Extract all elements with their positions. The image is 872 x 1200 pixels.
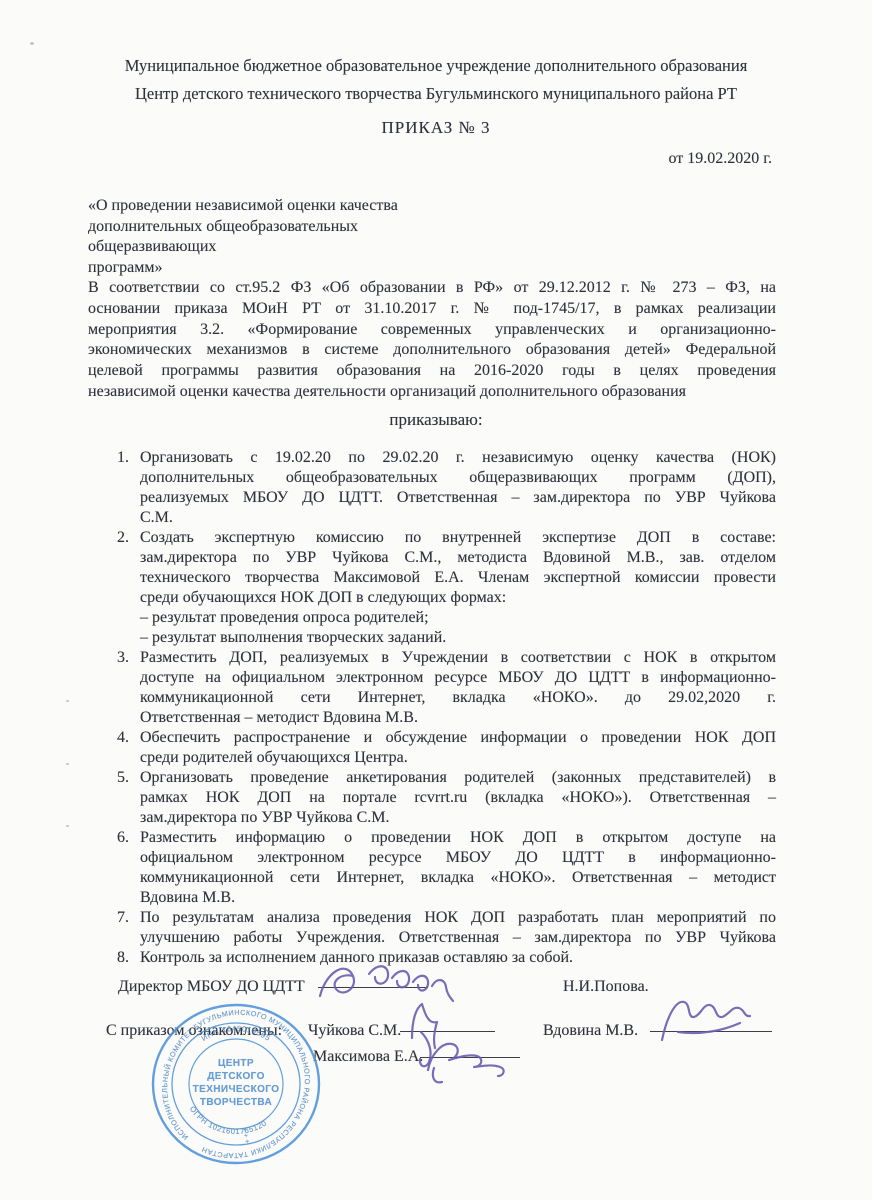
preamble-line: экономических механизмов в системе допол… bbox=[88, 340, 776, 361]
order-item-1: 1. Организовать с 19.02.20 по 29.02.20 г… bbox=[140, 448, 776, 528]
scan-speck bbox=[66, 763, 69, 765]
director-signature bbox=[320, 966, 453, 1001]
stamp-inn-text: ИНН 1645010595 bbox=[200, 1024, 273, 1043]
maksimova-signature-line bbox=[420, 1056, 520, 1058]
item-line: технического творчества Максимовой Е.А. … bbox=[140, 568, 776, 588]
preamble-line: целевой программы развития образования н… bbox=[88, 361, 776, 382]
order-item-6: 6. Разместить информацию о проведении НО… bbox=[140, 828, 776, 908]
item-number: 6. bbox=[117, 828, 129, 848]
official-stamp: ИСПОЛНИТЕЛЬНЫЙ КОМИТЕТ БУГУЛЬМИНСКОГО МУ… bbox=[148, 1002, 324, 1170]
org-name-line2: Центр детского технического творчества Б… bbox=[0, 84, 872, 104]
item-line: доступе на официальном электронном ресур… bbox=[140, 668, 776, 688]
scan-speck bbox=[66, 700, 69, 702]
chuykova-signature-line bbox=[400, 1030, 495, 1032]
item-number: 8. bbox=[117, 948, 129, 968]
item-number: 7. bbox=[117, 908, 129, 928]
stamp-center-line2: ДЕТСКОГО bbox=[207, 1071, 265, 1082]
order-item-3: 3. Разместить ДОП, реализуемых в Учрежде… bbox=[140, 648, 776, 728]
item-number: 1. bbox=[117, 448, 129, 468]
vdovina-signature-line bbox=[650, 1030, 772, 1032]
svg-text:ОГРН 1021601765120: ОГРН 1021601765120 bbox=[188, 1105, 269, 1137]
preamble-line: независимой оценки качества деятельности… bbox=[88, 382, 776, 403]
document-title: ПРИКАЗ № 3 bbox=[0, 118, 872, 138]
order-item-2: 2. Создать экспертную комиссию по внутре… bbox=[140, 528, 776, 648]
director-name: Н.И.Попова. bbox=[563, 978, 649, 996]
preamble-paragraph: В соответствии со ст.95.2 ФЗ «Об образов… bbox=[88, 278, 776, 403]
item-line: зам.директора по УВР Чуйкова С.М. bbox=[140, 808, 776, 828]
item-line: дополнительных общеобразовательных общер… bbox=[140, 468, 776, 488]
svg-text:ИНН 1645010595: ИНН 1645010595 bbox=[200, 1024, 273, 1043]
item-line: Вдовина М.В. bbox=[140, 888, 776, 908]
item-number: 4. bbox=[117, 728, 129, 748]
preamble-line: В соответствии со ст.95.2 ФЗ «Об образов… bbox=[88, 278, 776, 299]
stamp-ogrn-text: ОГРН 1021601765120 bbox=[188, 1105, 269, 1137]
item-line: Обеспечить распространение и обсуждение … bbox=[140, 728, 776, 748]
ack-name-maksimova: Максимова Е.А. bbox=[313, 1048, 423, 1066]
item-line: коммуникационной сети Интернет, вкладка … bbox=[140, 868, 776, 888]
item-line: Разместить информацию о проведении НОК Д… bbox=[140, 828, 776, 848]
order-item-5: 5. Организовать проведение анкетирования… bbox=[140, 768, 776, 828]
stamp-center-line1: ЦЕНТР bbox=[218, 1058, 254, 1069]
item-line: По результатам анализа проведения НОК ДО… bbox=[140, 908, 776, 928]
item-line: реализуемых МБОУ ДО ЦДТТ. Ответственная … bbox=[140, 488, 776, 508]
item-number: 2. bbox=[117, 528, 129, 548]
item-line: среди родителей обучающихся Центра. bbox=[140, 748, 776, 768]
ack-name-vdovina: Вдовина М.В. bbox=[543, 1022, 638, 1040]
item-number: 3. bbox=[117, 648, 129, 668]
item-line: Организовать проведение анкетирования ро… bbox=[140, 768, 776, 788]
org-name-line1: Муниципальное бюджетное образовательное … bbox=[0, 56, 872, 76]
preamble-line: мероприятия 3.2. «Формирование современн… bbox=[88, 320, 776, 341]
item-dash-line: – результат выполнения творческих задани… bbox=[140, 628, 776, 648]
item-line: Ответственная – методист Вдовина М.В. bbox=[140, 708, 776, 728]
item-line: официальном электронном ресурсе МБОУ ДО … bbox=[140, 848, 776, 868]
stamp-center-line4: ТВОРЧЕСТВА bbox=[200, 1097, 272, 1108]
preamble-line: основании приказа МОиН РТ от 31.10.2017 … bbox=[88, 299, 776, 320]
item-line: зам.директора по УВР Чуйкова С.М., метод… bbox=[140, 548, 776, 568]
scan-speck bbox=[30, 42, 34, 45]
order-item-4: 4. Обеспечить распространение и обсужден… bbox=[140, 728, 776, 768]
item-line: Контроль за исполнением данного приказав… bbox=[140, 948, 776, 968]
item-line: Организовать с 19.02.20 по 29.02.20 г. н… bbox=[140, 448, 776, 468]
subject-line: общеразвивающих bbox=[88, 237, 648, 258]
scan-speck bbox=[66, 825, 69, 827]
subject-line: программ» bbox=[88, 258, 648, 279]
subject-block: «О проведении независимой оценки качеств… bbox=[88, 196, 648, 278]
order-item-8: 8. Контроль за исполнением данного прика… bbox=[140, 948, 776, 968]
item-line: коммуникационной сети Интернет, вкладка … bbox=[140, 688, 776, 708]
item-line: среди обучающихся НОК ДОП в следующих фо… bbox=[140, 588, 776, 608]
director-label: Директор МБОУ ДО ЦДТТ bbox=[118, 978, 305, 996]
item-line: рамках НОК ДОП на портале rcvrrt.ru (вкл… bbox=[140, 788, 776, 808]
director-signature-line bbox=[318, 986, 428, 988]
stamp-center-line3: ТЕХНИЧЕСКОГО bbox=[193, 1084, 280, 1095]
order-item-7: 7. По результатам анализа проведения НОК… bbox=[140, 908, 776, 948]
maksimova-signature bbox=[428, 1044, 504, 1083]
item-dash-line: – результат проведения опроса родителей; bbox=[140, 608, 776, 628]
order-keyword: приказываю: bbox=[0, 410, 872, 430]
subject-line: дополнительных общеобразовательных bbox=[88, 217, 648, 238]
order-items-list: 1. Организовать с 19.02.20 по 29.02.20 г… bbox=[140, 448, 776, 968]
vdovina-signature bbox=[662, 1002, 750, 1040]
document-date: от 19.02.2020 г. bbox=[668, 150, 772, 168]
item-line: улучшению работы Учреждения. Ответственн… bbox=[140, 928, 776, 948]
subject-line: «О проведении независимой оценки качеств… bbox=[88, 196, 648, 217]
item-line: Создать экспертную комиссию по внутренне… bbox=[140, 528, 776, 548]
item-line: Разместить ДОП, реализуемых в Учреждении… bbox=[140, 648, 776, 668]
scanned-order-document: Муниципальное бюджетное образовательное … bbox=[0, 0, 872, 1200]
item-line: С.М. bbox=[140, 508, 776, 528]
item-number: 5. bbox=[117, 768, 129, 788]
